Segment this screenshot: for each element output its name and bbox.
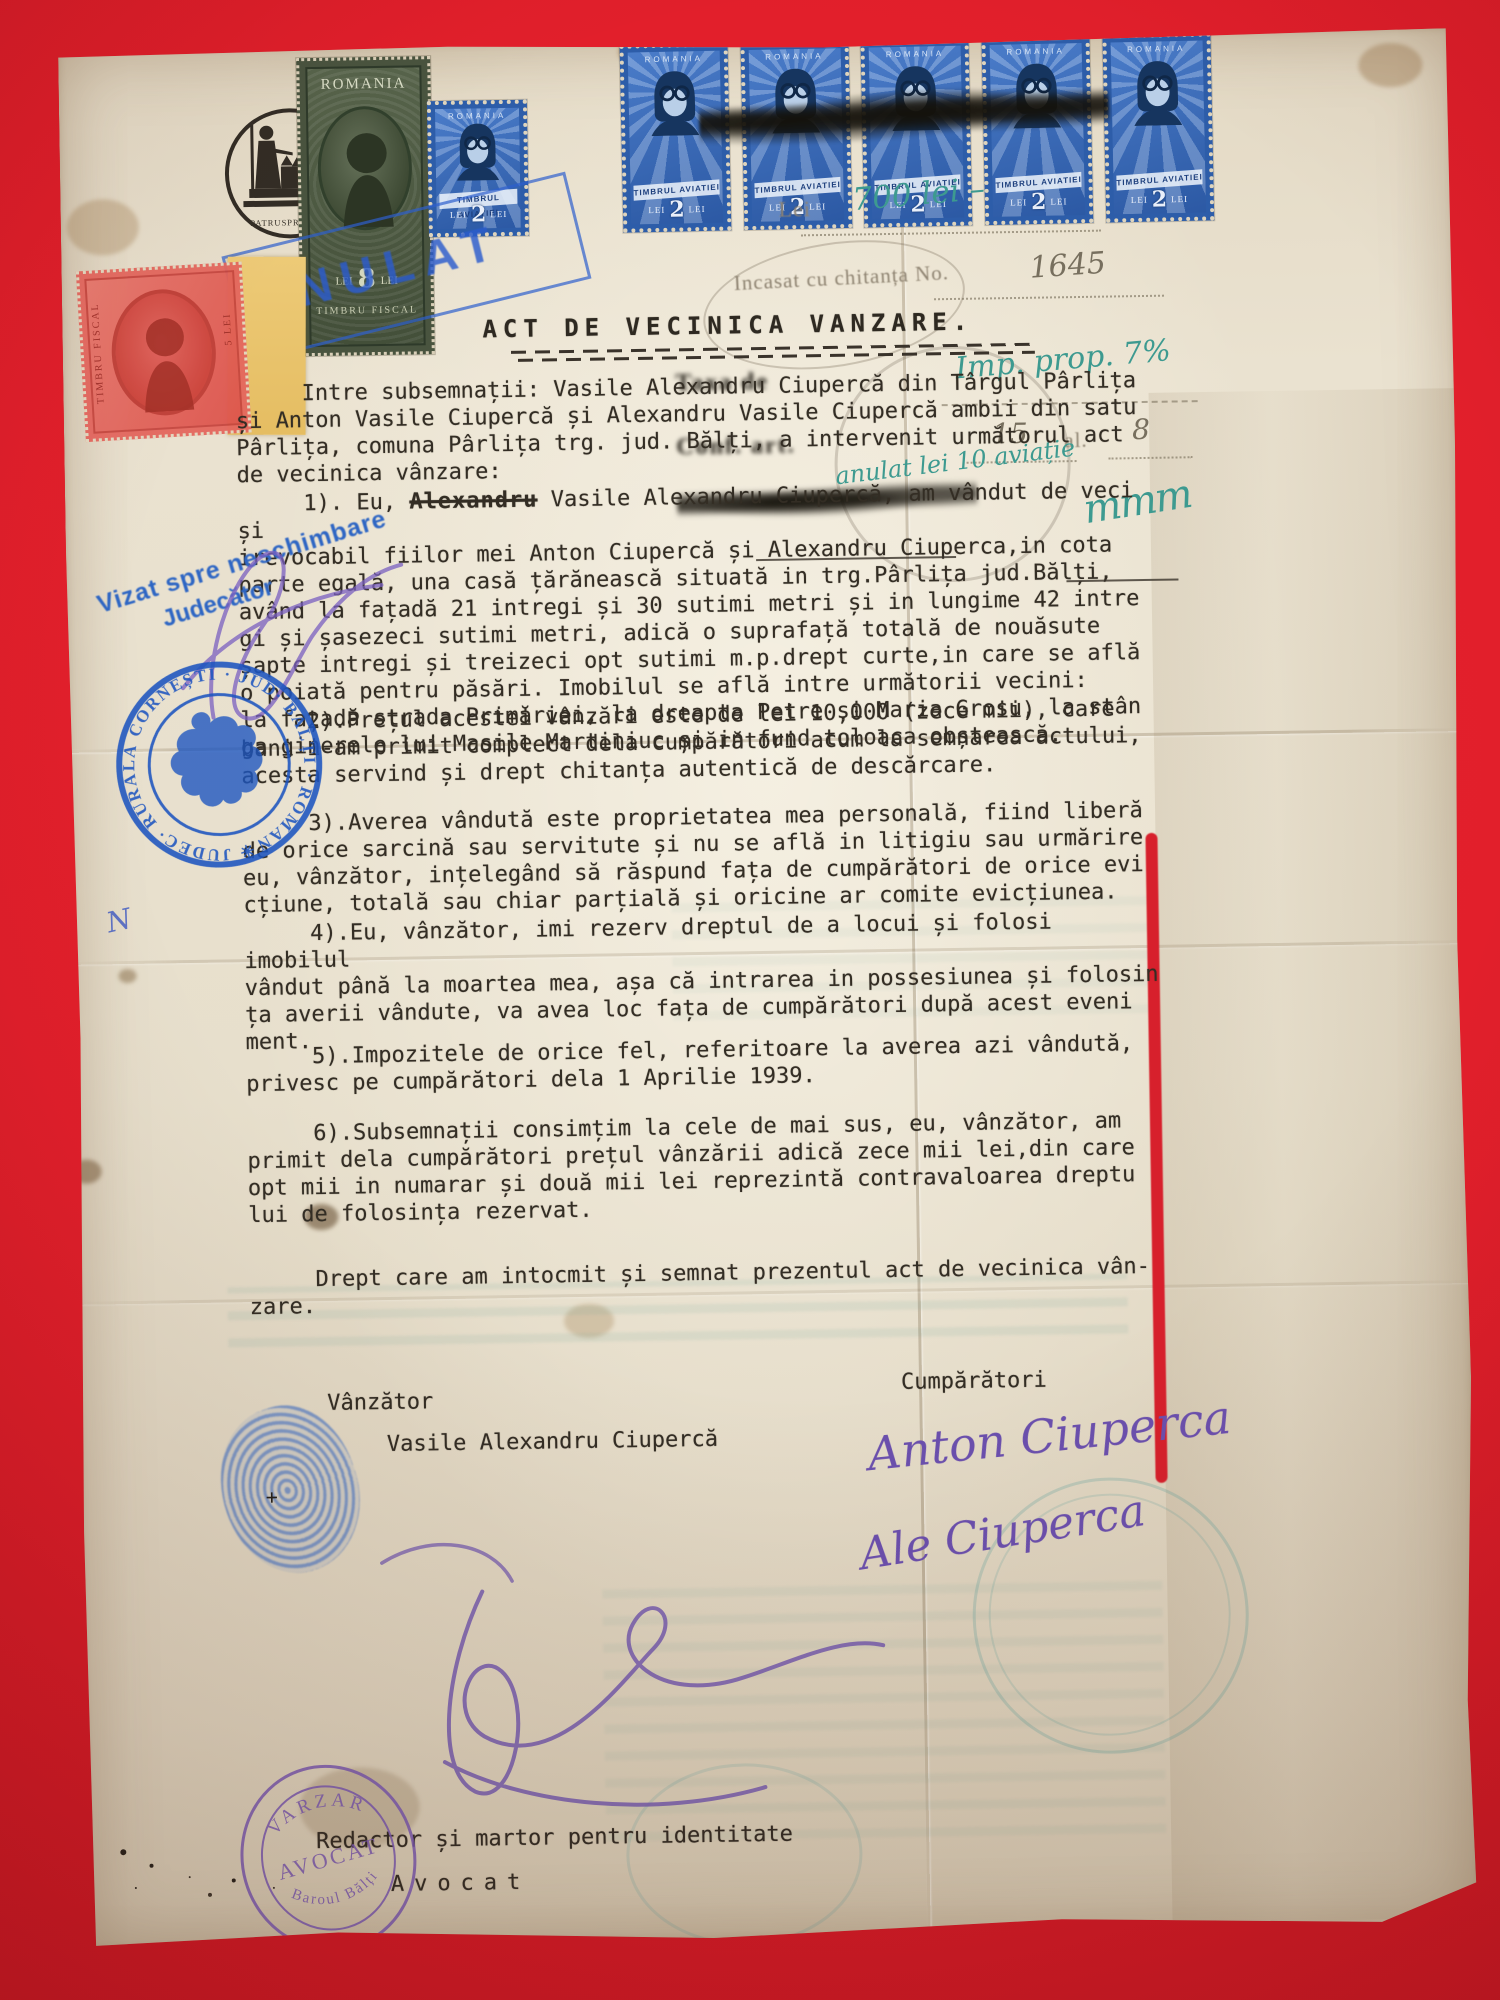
- lei-stamp-label: Lei: [778, 196, 811, 223]
- value-number: 2: [1151, 186, 1167, 212]
- cross-mark: +: [266, 1485, 278, 1509]
- aviator-icon: [1126, 57, 1187, 126]
- red-stamp-side-value: 5 LEI: [222, 312, 235, 346]
- stain: [71, 1159, 101, 1183]
- margin-pen-mark: N: [103, 902, 134, 940]
- edge-speckles: [120, 1849, 126, 1855]
- country: ROMANIA: [748, 51, 840, 62]
- paragraph-3: 3).Averea vândută este proprietatea mea …: [242, 797, 1159, 919]
- receipt-number-handwriting: 1645: [1028, 246, 1107, 286]
- aviation-stamp-5: ROMANIATIMBRUL AVIATIEILEI2LEI: [1102, 32, 1214, 222]
- stain: [118, 969, 136, 983]
- stain: [66, 199, 139, 256]
- king-portrait-silhouette: [320, 109, 410, 228]
- value-left: LEI: [1131, 195, 1148, 205]
- cornesti-stamp-eagle: [156, 695, 277, 820]
- red-stamp-side-caption: TIMBRU FISCAL: [90, 302, 107, 404]
- red-stamp-portrait-oval: [108, 286, 219, 418]
- value-number: 2: [669, 196, 685, 222]
- value-left: LEI: [1010, 197, 1027, 207]
- value-left: LEI: [648, 205, 665, 215]
- intro-paragraph: Intre subsemnații: Vasile Alexandru Ciup…: [235, 367, 1152, 489]
- receipt-underline: [934, 295, 1164, 301]
- witness-flourish-signature: [321, 1515, 916, 1834]
- red-stamp-portrait-silhouette: [112, 290, 215, 413]
- value-right: LEI: [809, 201, 826, 211]
- seller-typed-name: Vasile Alexandru Ciupercă: [387, 1426, 719, 1458]
- country: ROMANIA: [628, 54, 720, 65]
- country: ROMANIA: [990, 46, 1082, 57]
- photo-of-deed-on-red-background: LEI 14 PATRUSPREZECE ROMANIA LEI8LEI TIM…: [0, 0, 1500, 2000]
- aviator-icon: [450, 120, 505, 181]
- value-number: 2: [1031, 189, 1047, 215]
- aged-document-paper: LEI 14 PATRUSPREZECE ROMANIA LEI8LEI TIM…: [58, 28, 1480, 1950]
- justice-statue-icon: [240, 122, 306, 219]
- paragraph-6: 6).Subsemnații consimțim la cele de mai …: [247, 1107, 1164, 1229]
- value-right: LEI: [1171, 194, 1188, 204]
- lei-underline: [801, 230, 1101, 237]
- red-stamp-face: TIMBRU FISCAL 5 LEI: [84, 270, 243, 434]
- value-right: LEI: [689, 204, 706, 214]
- buyers-label: Cumpărători: [901, 1367, 1047, 1396]
- aviator-icon: [644, 67, 705, 136]
- red-fiscal-stamp: TIMBRU FISCAL 5 LEI: [76, 262, 252, 443]
- value-right: LEI: [1050, 196, 1067, 206]
- seller-label: Vânzător: [327, 1388, 433, 1417]
- paragraph-1-struck-word: Alexandru: [409, 488, 538, 515]
- green-stamp-country: ROMANIA: [307, 75, 419, 94]
- stain: [1358, 43, 1423, 88]
- country: ROMANIA: [869, 49, 961, 60]
- country: ROMANIA: [1110, 44, 1202, 55]
